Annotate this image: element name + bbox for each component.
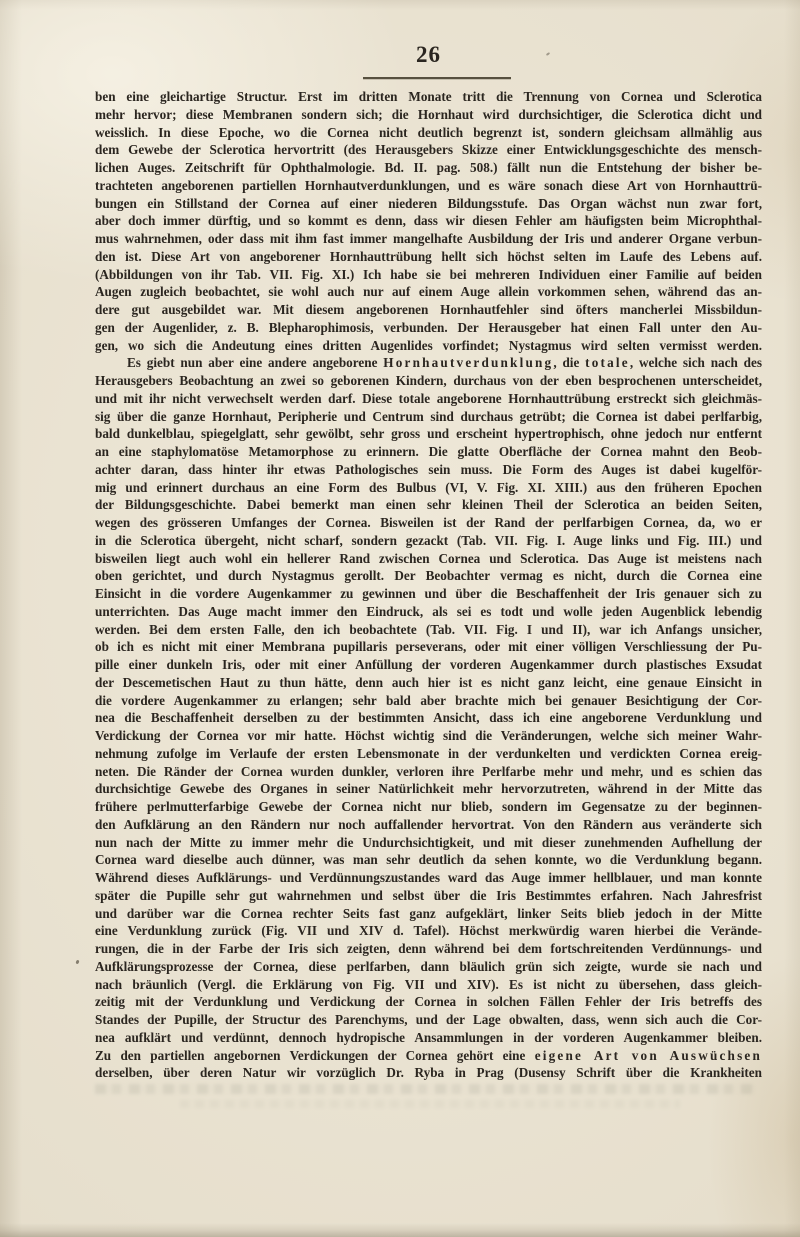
emphasized-spaced-text: Hornhautverdunklung: [383, 355, 553, 370]
page-number-rule: [363, 77, 511, 79]
text-line: sig über die ganze Hornhaut, Peripherie …: [95, 408, 762, 426]
text-line: der Bildungsgeschichte. Dabei bemerkt ma…: [95, 496, 762, 514]
text-line: aber doch immer dürftig, und so kommt es…: [95, 212, 762, 230]
text-line: durchsichtige Gewebe des Organes in sein…: [95, 780, 762, 798]
text-line: dere gut ausgebildet war. Mit diesem ang…: [95, 301, 762, 319]
text-line: Während dieses Aufklärungs- und Verdünnu…: [95, 869, 762, 887]
text-line: weisslich. In diese Epoche, wo die Corne…: [95, 124, 762, 142]
page-text: ben eine gleichartige Structur. Erst im …: [95, 88, 762, 1082]
text-line: ob ich es nicht mit einer Membrana pupil…: [95, 638, 762, 656]
text-line: in die Sclerotica übergeht, nicht scharf…: [95, 532, 762, 550]
text-line: achter daran, dass hinter ihr etwas Path…: [95, 461, 762, 479]
text-segment: Zu den partiellen angebornen Verdickunge…: [95, 1048, 535, 1063]
text-segment: , welche sich nach des: [630, 355, 762, 370]
text-line: wegen des grösseren Umfanges der Cornea.…: [95, 514, 762, 532]
text-line: ben eine gleichartige Structur. Erst im …: [95, 88, 762, 106]
text-line: Aufklärungsprozesse der Cornea, diese pe…: [95, 958, 762, 976]
text-line: bisweilen liegt auch wohl ein hellerer R…: [95, 550, 762, 568]
text-line: (Abbildungen von ihr Tab. VII. Fig. XI.)…: [95, 266, 762, 284]
text-line: gen, wo sich die Andeutung eines dritten…: [95, 337, 762, 355]
emphasized-spaced-text: eigene Art von Auswüchsen: [535, 1048, 762, 1063]
text-line: Augen zugleich beobachtet, sie wohl auch…: [95, 283, 762, 301]
text-line: zeitig mit der Verdunklung und Verdickun…: [95, 993, 762, 1011]
text-line: Verdickung der Cornea vor mir hatte. Höc…: [95, 727, 762, 745]
text-line: lichen Auges. Zeitschrift für Ophthalmol…: [95, 159, 762, 177]
text-line: Standes der Pupille, der Structur des Pa…: [95, 1011, 762, 1029]
text-line: unterrichten. Das Auge macht immer den E…: [95, 603, 762, 621]
text-line: dem Gewebe der Sclerotica hervortritt (d…: [95, 141, 762, 159]
text-line: den ist. Diese Art von angeborener Hornh…: [95, 248, 762, 266]
show-through-smudge: [95, 1084, 755, 1094]
text-line: und mit ihr nicht verwechselt werden dar…: [95, 390, 762, 408]
text-line: mehr hervor; diese Membranen sondern sic…: [95, 106, 762, 124]
text-line: nea die Beschaffenheit derselben zu der …: [95, 709, 762, 727]
text-segment: Es giebt nun aber eine andere angeborene: [127, 355, 383, 370]
text-line: nun nach der Mitte zu immer mehr die Und…: [95, 834, 762, 852]
text-line: oben gerichtet, und durch Nystagmus gero…: [95, 567, 762, 585]
text-line: rungen, die in der Farbe der Iris sich z…: [95, 940, 762, 958]
text-line: nehmung zufolge im Verlaufe der ersten L…: [95, 745, 762, 763]
ink-speck: [75, 960, 79, 965]
text-line: trachteten angeborenen partiellen Hornha…: [95, 177, 762, 195]
text-line: mus wahrnehmen, oder dass mit ihm fast i…: [95, 230, 762, 248]
text-line: der Descemetischen Haut zu thun hätte, d…: [95, 674, 762, 692]
text-line: mig und erinnert durchaus an eine Form d…: [95, 479, 762, 497]
text-line: neten. Die Ränder der Cornea wurden dunk…: [95, 763, 762, 781]
text-line: Einsicht in die vordere Augenkammer zu g…: [95, 585, 762, 603]
text-line: Es giebt nun aber eine andere angeborene…: [95, 354, 762, 372]
text-line: bald dunkelblau, spiegelglatt, sehr gewö…: [95, 425, 762, 443]
text-line: später die Pupille sehr gut wahrnehmen u…: [95, 887, 762, 905]
text-line: nea aufklärt und verdünnt, dennoch hydro…: [95, 1029, 762, 1047]
page-number: 26: [95, 42, 762, 68]
text-segment: , die: [553, 355, 585, 370]
text-line: Herausgebers Beobachtung an zwei so gebo…: [95, 372, 762, 390]
text-line: eine Verdunklung zurück (Fig. VII und XI…: [95, 922, 762, 940]
text-line: den Aufklärung an den Rändern nur noch a…: [95, 816, 762, 834]
text-line: werden. Bei dem ersten Falle, den ich be…: [95, 621, 762, 639]
text-line: Cornea ward dieselbe auch dünner, was ma…: [95, 851, 762, 869]
text-line: Zu den partiellen angebornen Verdickunge…: [95, 1047, 762, 1065]
show-through-smudge: [180, 1100, 680, 1108]
text-line: die vordere Augenkammer zu erlangen; seh…: [95, 692, 762, 710]
text-line: derselben, über deren Natur wir vorzügli…: [95, 1064, 762, 1082]
text-line: nach bräunlich (Vergl. die Erklärung von…: [95, 976, 762, 994]
text-line: pille einer dunkeln Iris, oder mit einer…: [95, 656, 762, 674]
text-line: gen der Augenlider, z. B. Blepharophimos…: [95, 319, 762, 337]
text-line: und darüber war die Cornea rechter Seits…: [95, 905, 762, 923]
text-line: an eine staphylomatöse Metamorphose zu e…: [95, 443, 762, 461]
text-line: bungen ein Stillstand der Cornea auf ein…: [95, 195, 762, 213]
emphasized-spaced-text: totale: [585, 355, 630, 370]
text-line: frühere perlmutterfarbige Gewebe der Cor…: [95, 798, 762, 816]
